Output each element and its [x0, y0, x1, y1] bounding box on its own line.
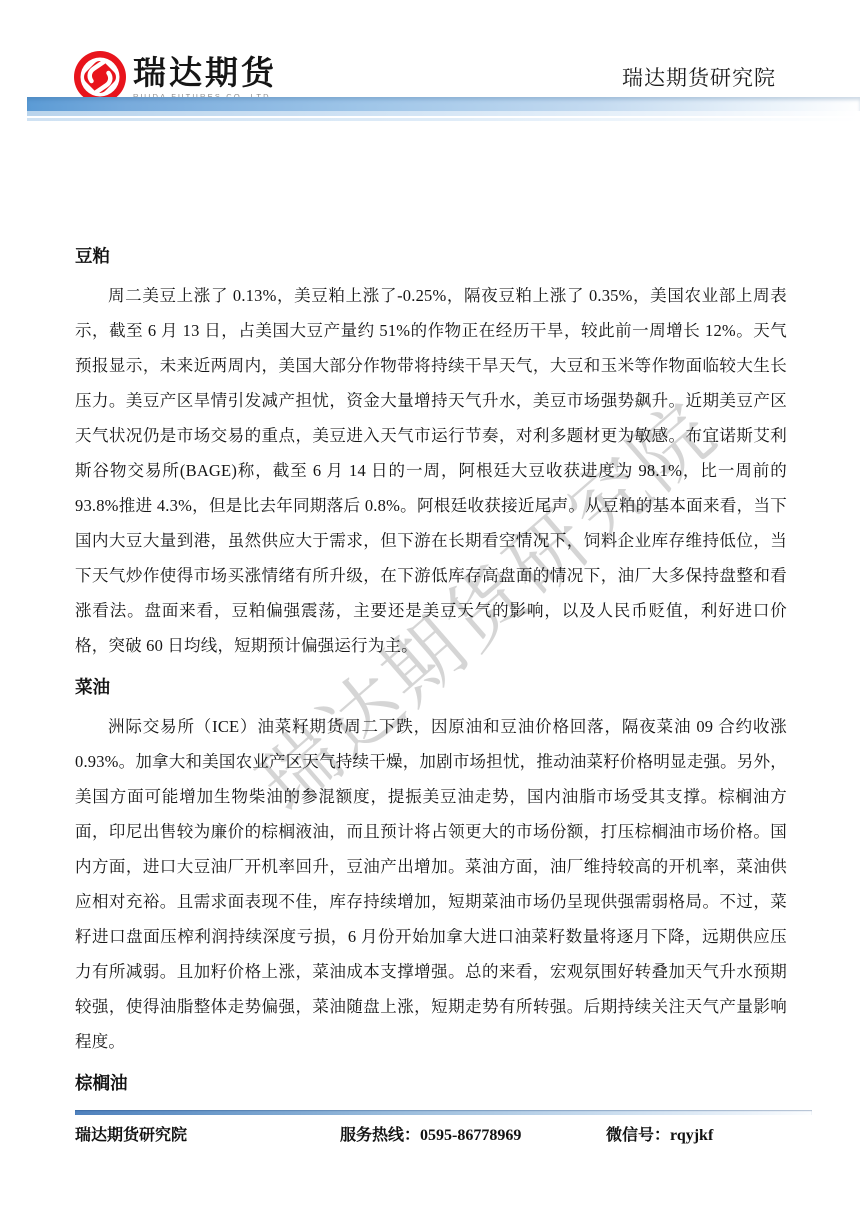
footer-institute: 瑞达期货研究院 [75, 1122, 187, 1145]
footer-divider-bar [75, 1110, 812, 1115]
header-divider-bar [27, 97, 860, 121]
section-heading-palm-oil: 棕榈油 [75, 1074, 787, 1092]
section-heading-rapeseed-oil: 菜油 [75, 678, 787, 696]
page-title: 瑞达期货研究院 [622, 66, 776, 91]
report-body: 豆粕 周二美豆上涨了 0.13%，美豆粕上涨了-0.25%，隔夜豆粕上涨了 0.… [75, 247, 787, 1105]
report-page: 瑞达期货 RUIDA FUTURES CO.,LTD. 瑞达期货研究院 瑞达期货… [0, 0, 860, 1217]
header-divider-thin [27, 118, 860, 121]
footer-hotline: 服务热线：0595-86778969 [340, 1122, 521, 1145]
ruida-logo-icon [73, 50, 127, 104]
header-divider-main [27, 97, 860, 111]
section-heading-soybean-meal: 豆粕 [75, 247, 787, 265]
section-paragraph-soybean-meal: 周二美豆上涨了 0.13%，美豆粕上涨了-0.25%，隔夜豆粕上涨了 0.35%… [75, 278, 787, 663]
brand-name-cn: 瑞达期货 [133, 56, 277, 89]
brand-text: 瑞达期货 RUIDA FUTURES CO.,LTD. [133, 50, 277, 101]
section-paragraph-rapeseed-oil: 洲际交易所（ICE）油菜籽期货周二下跌，因原油和豆油价格回落，隔夜菜油 09 合… [75, 709, 787, 1059]
brand-logo: 瑞达期货 RUIDA FUTURES CO.,LTD. [73, 50, 277, 104]
footer-wechat: 微信号：rqyjkf [606, 1122, 713, 1145]
